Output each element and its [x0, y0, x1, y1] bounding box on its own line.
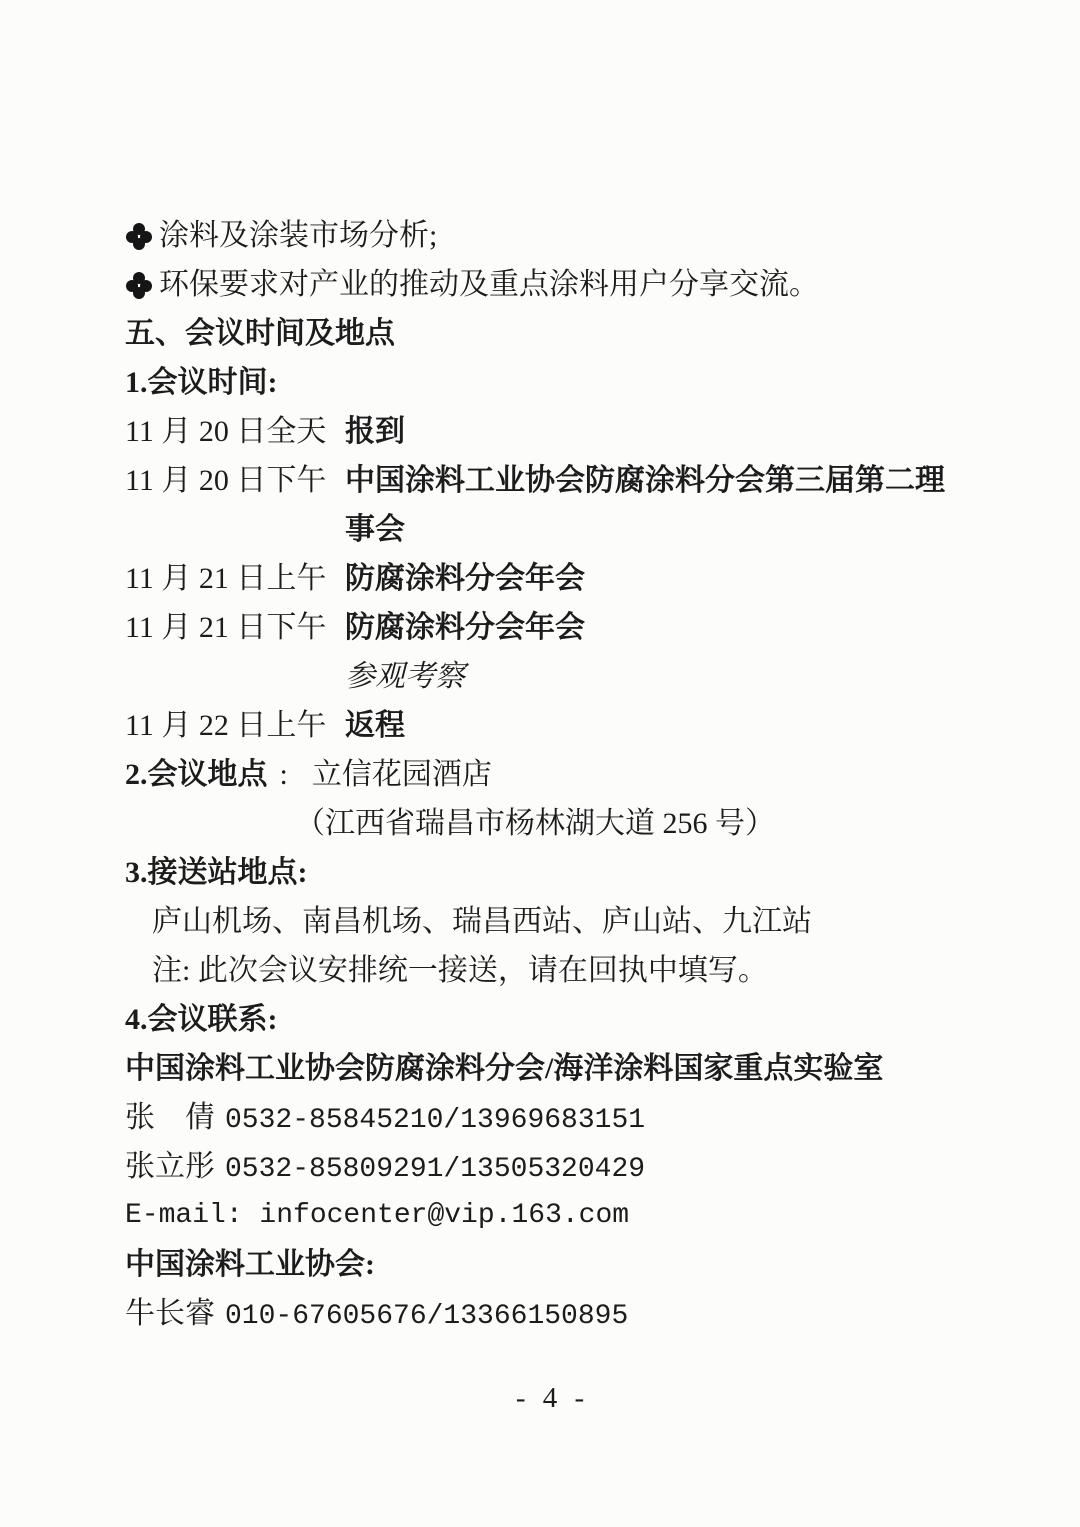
bullet-text: 涂料及涂装市场分析;	[159, 219, 437, 252]
contact-name: 牛长睿	[125, 1289, 225, 1338]
schedule-date: 11 月 20 日全天	[125, 407, 345, 456]
venue-address: （江西省瑞昌市杨林湖大道 256 号）	[125, 799, 980, 848]
clover-bullet-icon	[125, 221, 152, 249]
clover-bullet-icon	[125, 270, 152, 298]
venue-colon: :	[268, 758, 312, 791]
contact-email: E-mail: infocenter@vip.163.com	[125, 1191, 980, 1240]
contact-phone: 010-67605676/13366150895	[225, 1301, 628, 1332]
contact-phone: 0532-85809291/13505320429	[225, 1154, 645, 1185]
contact-person: 牛长睿010-67605676/13366150895	[125, 1289, 980, 1338]
contact-person: 张立彤0532-85809291/13505320429	[125, 1142, 980, 1191]
venue-label: 2.会议地点	[125, 758, 268, 791]
schedule-event: 事会	[345, 513, 405, 546]
meeting-time-label: 1.会议时间:	[125, 358, 980, 407]
pickup-note: 注: 此次会议安排统一接送，请在回执中填写。	[125, 946, 980, 995]
venue-line: 2.会议地点:立信花园酒店	[125, 750, 980, 799]
contact-label: 4.会议联系:	[125, 995, 980, 1044]
bullet-item: 涂料及涂装市场分析;	[125, 211, 980, 260]
pickup-label: 3.接送站地点:	[125, 848, 980, 897]
schedule-date: 11 月 21 日下午	[125, 603, 345, 652]
contact-name: 张立彤	[125, 1142, 225, 1191]
contact-phone: 0532-85845210/13969683151	[225, 1105, 645, 1136]
section-heading: 五、会议时间及地点	[125, 309, 980, 358]
contact-person: 张 倩0532-85845210/13969683151	[125, 1093, 980, 1142]
schedule-row: 11 月 20 日下午中国涂料工业协会防腐涂料分会第三届第二理	[125, 456, 980, 505]
contact-org2: 中国涂料工业协会:	[125, 1240, 980, 1289]
schedule-event: 报到	[345, 415, 405, 448]
bullet-item: 环保要求对产业的推动及重点涂料用户分享交流。	[125, 260, 980, 309]
page-number: - 4 -	[125, 1382, 980, 1415]
schedule-row: 11 月 22 日上午返程	[125, 701, 980, 750]
schedule-row-continuation: 参观考察	[125, 652, 980, 701]
pickup-stations: 庐山机场、南昌机场、瑞昌西站、庐山站、九江站	[125, 897, 980, 946]
document-page: 涂料及涂装市场分析; 环保要求对产业的推动及重点涂料用户分享交流。 五、会议时间…	[0, 0, 1080, 1527]
schedule-row: 11 月 21 日上午防腐涂料分会年会	[125, 554, 980, 603]
schedule-date: 11 月 22 日上午	[125, 701, 345, 750]
schedule-date: 11 月 20 日下午	[125, 456, 345, 505]
schedule-event: 返程	[345, 709, 405, 742]
schedule-row-continuation: 事会	[125, 505, 980, 554]
schedule-event: 防腐涂料分会年会	[345, 611, 585, 644]
schedule-event: 防腐涂料分会年会	[345, 562, 585, 595]
bullet-text: 环保要求对产业的推动及重点涂料用户分享交流。	[159, 268, 819, 301]
schedule-date: 11 月 21 日上午	[125, 554, 345, 603]
schedule-row: 11 月 20 日全天报到	[125, 407, 980, 456]
document-body: 涂料及涂装市场分析; 环保要求对产业的推动及重点涂料用户分享交流。 五、会议时间…	[0, 0, 1080, 1415]
venue-name: 立信花园酒店	[312, 758, 492, 791]
contact-name: 张 倩	[125, 1093, 225, 1142]
schedule-event: 参观考察	[345, 660, 465, 693]
schedule-event: 中国涂料工业协会防腐涂料分会第三届第二理	[345, 464, 945, 497]
contact-org1: 中国涂料工业协会防腐涂料分会/海洋涂料国家重点实验室	[125, 1044, 980, 1093]
schedule-row: 11 月 21 日下午防腐涂料分会年会	[125, 603, 980, 652]
